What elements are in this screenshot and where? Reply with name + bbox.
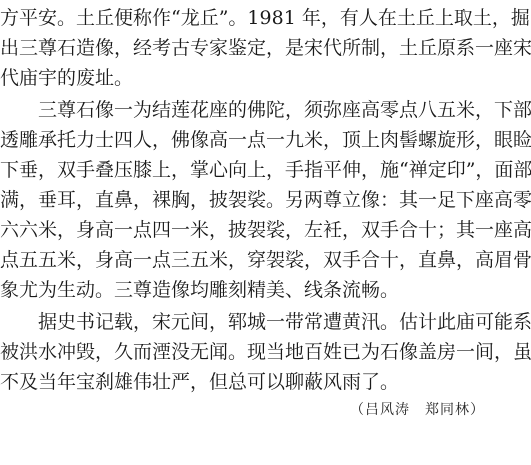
document-page: 方平安。土丘便称作“龙丘”。1981 年，有人在土丘上取土，掘 出三尊石造像，经… [0, 0, 531, 465]
author-attribution: （吕风涛 郑同林） [350, 398, 485, 422]
paragraph-2-line-5: 六六米，身高一点四一米，披袈裟，左衽，双手合十；其一座高零 [0, 215, 531, 245]
paragraph-2-line-4: 满，垂耳，直鼻，裸胸，披袈裟。另两尊立像：其一足下座高零点 [0, 185, 531, 215]
paragraph-2-line-2: 透雕承托力士四人，佛像高一点一九米，顶上肉髻螺旋形，眼睑 [0, 125, 531, 155]
paragraph-1-line-2: 出三尊石造像，经考古专家鉴定，是宋代所制，土丘原系一座宋 [0, 33, 531, 63]
paragraph-1-line-1: 方平安。土丘便称作“龙丘”。1981 年，有人在土丘上取土，掘 [0, 3, 531, 33]
paragraph-2-line-3: 下垂，双手叠压膝上，掌心向上，手指平伸，施“禅定印”，面部丰 [0, 155, 531, 185]
paragraph-2-line-1: 三尊石像一为结莲花座的佛陀，须弥座高零点八五米，下部 [0, 95, 531, 125]
paragraph-3-line-3: 不及当年宝刹雄伟壮严，但总可以聊蔽风雨了。 [0, 367, 531, 397]
paragraph-3-line-2: 被洪水冲毁，久而湮没无闻。现当地百姓已为石像盖房一间，虽 [0, 337, 531, 367]
paragraph-2-line-6: 点五五米，身高一点三五米，穿袈裟，双手合十，直鼻，高眉骨，形 [0, 245, 531, 275]
paragraph-2-line-7: 象尤为生动。三尊造像均雕刻精美、线条流畅。 [0, 275, 531, 305]
paragraph-3-line-1: 据史书记载，宋元间，郓城一带常遭黄汛。估计此庙可能系 [0, 307, 531, 337]
paragraph-1-line-3: 代庙宇的废址。 [0, 63, 531, 93]
